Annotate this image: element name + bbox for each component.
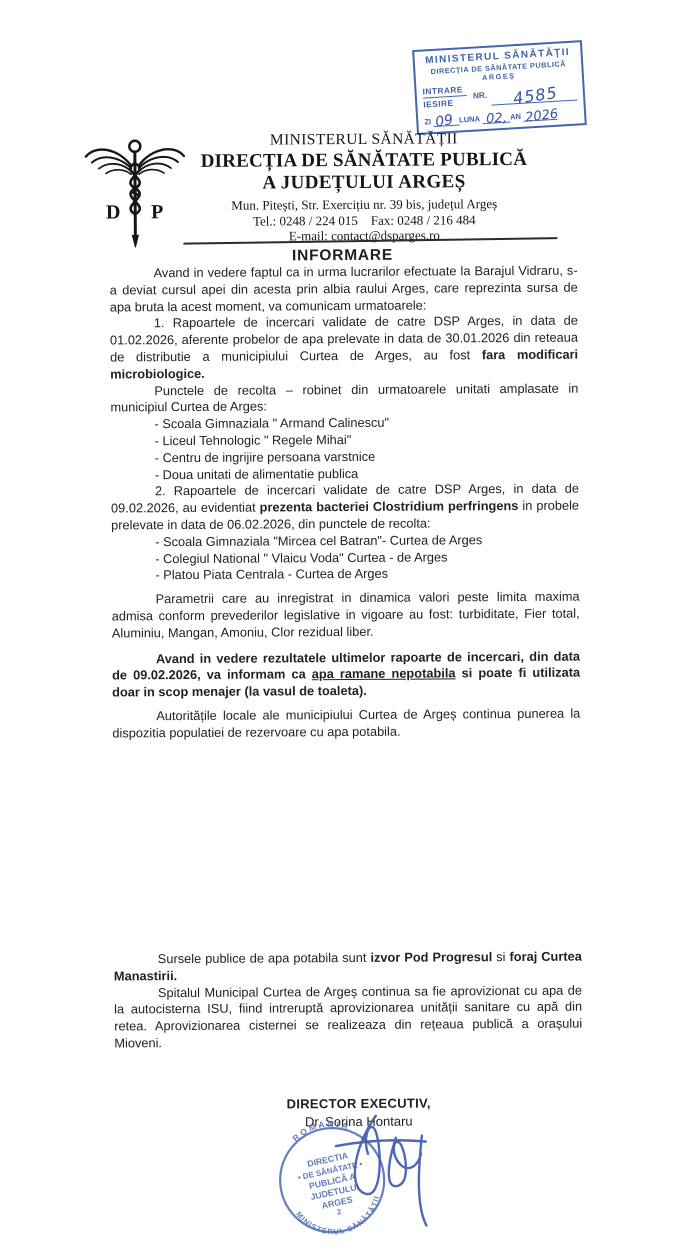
sampling-points-list-2: - Scoala Gimnaziala "Mircea cel Batran"-… — [111, 531, 579, 584]
registry-zi-value: 09 — [434, 112, 454, 131]
logo-letter-s: S — [130, 184, 140, 203]
paragraph-hospital-supply: Spitalul Municipal Curtea de Argeș conti… — [114, 982, 582, 1052]
logo-letter-d: D — [106, 201, 121, 223]
scanned-document-page: MINISTERUL SĂNĂTĂȚII DIRECȚIA DE SĂNĂTAT… — [0, 0, 700, 1257]
paragraph-report-1: 1. Rapoartele de incercari validate de c… — [110, 313, 578, 383]
list-item: - Platou Piata Centrala - Curtea de Arge… — [155, 565, 579, 584]
paragraph-intro: Avand in vedere faptul ca in urma lucrar… — [110, 263, 578, 316]
county-name: A JUDEȚULUI ARGEȘ — [148, 171, 580, 196]
paragraph-nonpotable-warning: Avand in vedere rezultatele ultimelor ra… — [112, 648, 580, 701]
document-body-bottom: Sursele publice de apa potabila sunt izv… — [114, 949, 583, 1053]
registry-nr-label: NR. — [473, 90, 488, 101]
registry-nr-line: 4585 — [491, 82, 578, 106]
registry-iesire-label: IESIRE — [423, 96, 468, 110]
letterhead: MINISTERUL SĂNĂTĂȚII DIRECȚIA DE SĂNĂTAT… — [148, 130, 581, 245]
handwritten-signature — [334, 1097, 465, 1248]
paragraph-public-sources: Sursele publice de apa potabila sunt izv… — [114, 949, 582, 985]
document-body: Avand in vedere faptul ca in urma lucrar… — [110, 263, 581, 742]
paragraph-report-2: 2. Rapoartele de incercari validate de c… — [111, 481, 579, 534]
registry-luna-value: 02, — [486, 111, 508, 127]
paragraph-parameters: Parametrii care au inregistrat in dinami… — [112, 589, 580, 642]
directorate-name: DIRECȚIA DE SĂNĂTATE PUBLICĂ — [148, 149, 580, 174]
paragraph-local-authorities: Autoritățile locale ale municipiului Cur… — [112, 706, 580, 742]
registry-stamp: MINISTERUL SĂNĂTĂȚII DIRECȚIA DE SĂNĂTAT… — [412, 40, 587, 135]
registry-an-label: AN — [510, 112, 521, 122]
registry-luna-label: LUNA — [459, 114, 481, 124]
registry-zi-label: ZI — [424, 117, 431, 126]
paragraph-sampling-points-1: Punctele de recolta – robinet din urmato… — [110, 380, 578, 416]
sampling-points-list-1: - Scoala Gimnaziala " Armand Calinescu" … — [110, 414, 578, 484]
registry-an-value: 2026 — [524, 107, 559, 126]
ministry-name: MINISTERUL SĂNĂTĂȚII — [148, 130, 580, 151]
